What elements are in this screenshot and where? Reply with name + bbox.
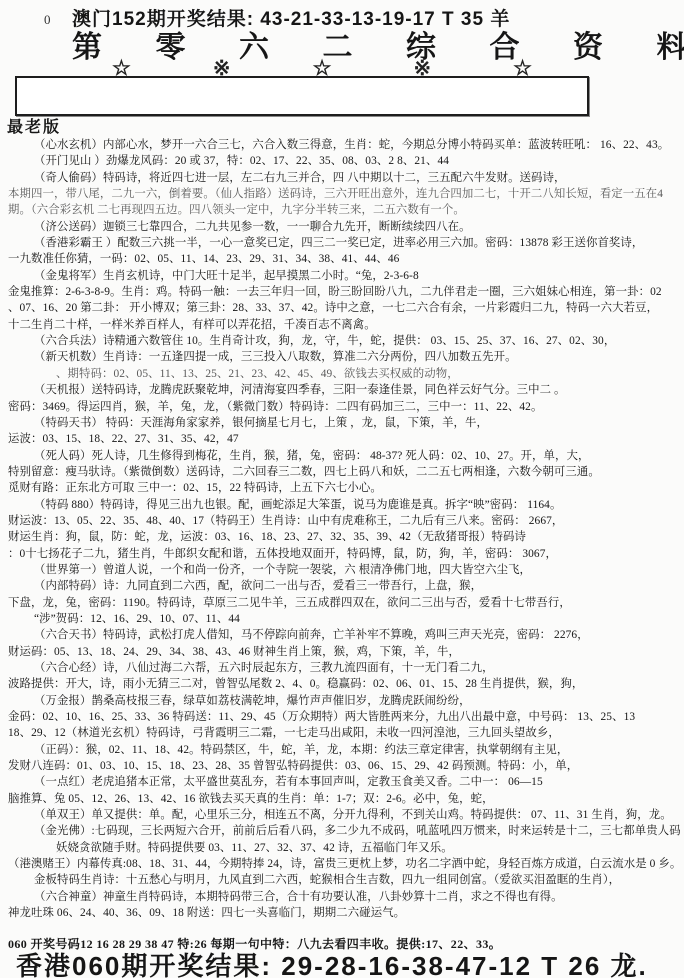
section-label: 最老版 [7, 114, 61, 137]
text-line: 特别留意：瘦马驮诗。（紫微倒数）送码诗，二六回春三二数，四七上码八和妖，二二五七… [8, 464, 680, 480]
text-line: 一九数准任你猜，一码：02、05、11、14、23、29、31、34、38、41… [8, 251, 680, 267]
text-line: （奇人偷码）特码诗，将近四七进一层，左二右九三并合，四 八中期以十二，三五配六牛… [8, 170, 680, 186]
text-line: 财运生肖：狗，鼠，防：蛇，龙，运波：03、16、18、23、27、32、35、3… [8, 529, 680, 545]
text-line: （正码）：猴，02、11、18、42。特码禁区，牛，蛇，羊，龙，本期：约法三章定… [8, 742, 680, 758]
text-line: “涉”贺码：12、16、29、10、07、11、44 [8, 611, 680, 627]
text-line: （新天机数）生肖诗：一五逢四提一成，三三投入八取数，算准二六分两份，四八加数五先… [8, 349, 680, 365]
text-line: 下盘，龙，兔，密码：1190。特码诗，草原三二见牛羊，三五成群四双在，欲问二三出… [8, 595, 680, 611]
text-line: 金板特码生肖诗：十五愁心与明月，九风直到二六西，蛇猴相合生吉数，四九一组同创富。… [8, 872, 680, 888]
hongkong-draw-result-line: 香港060期开奖结果: 29-28-16-38-47-12 T 26 龙. [16, 946, 684, 978]
text-line: 金鬼推算：2-6-3-8-9。生肖：鸡。特码一触：一去三年归一回，盼三盼回盼八九… [8, 284, 680, 300]
text-line: （开门见山 ）劲爆龙风码：20 或 37，特：02、17、22、35、08、03… [8, 153, 680, 169]
text-line: （死人码）死人诗，几生修得到梅花，生肖，猴，猪，兔，密码： 48-37? 死人码… [8, 448, 680, 464]
text-line: 运波：03、15、18、22、27、31、35、42，47 [8, 431, 680, 447]
text-line: （天机报）送特码诗，龙腾虎跃聚乾坤，河清海宴四季春，三阳一泰逢佳景，同色祥云好气… [8, 382, 680, 398]
text-line: 金码：02、10、16、25、33、36 特码送：11、29、45（万众期特）两… [8, 709, 680, 725]
page-margin-mark: 0 [44, 12, 51, 28]
text-line: （济公送码）迦锁三七靠四合，二九共见参一数，一一聊合九先开，断断续续四八在。 [8, 219, 680, 235]
text-line: （六合神童）神童生肖特码诗，本期特码带三合，合十有功要认准，八卦妙算十二肖，求之… [8, 889, 680, 905]
text-line: 发财八连码：01、03、10、15、18、23、28、35 曾智弘特码提供：03… [8, 758, 680, 774]
text-line: 财运码：05、13、18、24、29、34、38、43、46 财神生肖上策，猴，… [8, 644, 680, 660]
text-line: （一点红）老虎追猪本正常，太平盛世莫乱夯，若有本事回声叫，定教玉食美又香。二中一… [8, 774, 680, 790]
text-line: 密码：3469。得运四肖，猴，羊，兔，龙，（紫微门数）特码诗：二四有码加三二，三… [8, 399, 680, 415]
text-line: 、期特码：02、05、11、13、25、21、23、42、45、49、欲钱去买权… [8, 366, 680, 382]
text-line: （内部特码）诗：九同直到二六西，配，欲问二一出与否，爱看三一带吾行，上盘，猴， [8, 578, 680, 594]
text-line: （特码天书） 特码：天涯海角家家养，银何摘星七月七，上策 ，龙，鼠，下策，羊，牛… [8, 415, 680, 431]
text-line: （香港彩霸王 ）配数三六挑一半，一心一意奖已定，四三二一奖已定，进率必用三六加。… [8, 235, 680, 251]
text-line: （六合心经）诗，八仙过海二六帮，五六时辰起东方，三教九流四面有，十一无门看二九， [8, 660, 680, 676]
blank-box [15, 76, 589, 116]
text-line: （特码 880）特码诗，得见三出九也银。配，画蛇添足大笨蛋，说马为鹿谁是真。拆字… [8, 497, 680, 513]
text-line: 十二生肖二十样，一样米养百样人，有样可以弄花招，千凑百志不离禽。 [8, 317, 680, 333]
text-line: ：0十七扬花子二九，猪生肖，牛郎织女配和谐，五体投地双面开，特码博，鼠，防，狗，… [8, 546, 680, 562]
text-line: （世界第一）曾道人说，一个和尚一份齐，一个寺院一袈裟，六 根清净佛门地，四大皆空… [8, 562, 680, 578]
text-line: 18、29、12（林道光玄机）特码诗，弓背霞明三二霜，一七走马出咸阳，未收一四河… [8, 725, 680, 741]
text-line: （心水玄机）内部心水，梦开一六合三七，六合入数三得意，生肖：蛇，今期总分博小特码… [8, 137, 680, 153]
text-line: （金光佛）:七码现，三长两短六合开，前前后后看八码，多二少九不成码，吼蓝吼四万惯… [8, 823, 680, 839]
scanned-lottery-sheet: 0 澳门152期开奖结果: 43-21-33-13-19-17 T 35 羊 第… [0, 0, 684, 978]
text-line: （金鬼将军）生肖玄机诗，中门大旺十足半，起早摸黑二小时。“兔，2-3-6-8 [8, 268, 680, 284]
text-line: （单双王）单又提供：单。配，心里乐三分，相连五不离，分开九得利，不到关山鸡。特码… [8, 807, 680, 823]
text-line: （六合兵法）诗精通六数管住 10。生肖奇计攻，狗，龙，守，牛，蛇，提供： 03、… [8, 333, 680, 349]
text-line: 财运波：13、05、22、35、48、40、17（特码王）生肖诗：山中有虎难称王… [8, 513, 680, 529]
text-line: （六合天书）特码诗，武松打虎人借知，马不停踪向前奔，亡羊补牢不算晚，鸡叫三声天光… [8, 627, 680, 643]
text-line: 妖娆贪欲随手财。特码提供要 03、11、27、32、37、42 诗，五福临门年又… [8, 840, 680, 856]
text-line: 脑推算、兔 05、12、26、13、42、16 欲钱去买天真的生肖：单：1-7；… [8, 791, 680, 807]
text-line: 觅财有路：正东北方可取 三中一：02、15，22 特码诗，上五下六七小心。 [8, 480, 680, 496]
text-line: 本期四一，带八尾，二九一六，倒着要。（仙人指路）送码诗，三六开旺出意外，连九合四… [8, 186, 680, 202]
text-line: 神龙吐珠 06、24、40、36、09、18 附送：四七一头喜临门，期期二六碰运… [8, 905, 680, 921]
text-line: （港澳赌王）内幕传真:08、18、31、44，今期特捧 24，诗，富贵三更枕上梦… [8, 856, 680, 872]
text-line: 、07、16、20 第二卦： 开小博双；第三卦：28、33、37、42。诗中之意… [8, 300, 680, 316]
text-line: 期。（六合彩玄机 二七再现四五边。四八领头一定中，九字分半转三来，二五六数有一个… [8, 202, 680, 218]
text-line: 波路提供：开大，诗，雨小无猜三二对，曾智弘尾数 2、4、0。稳赢码：02、06、… [8, 676, 680, 692]
body-text-block: （心水玄机）内部心水，梦开一六合三七，六合入数三得意，生肖：蛇，今期总分博小特码… [8, 137, 680, 922]
text-line: （万金报）鹊桑高枝报三春，绿草如荔枝满乾坤，爆竹声声催旧岁，龙腾虎跃闹纷纷， [8, 693, 680, 709]
